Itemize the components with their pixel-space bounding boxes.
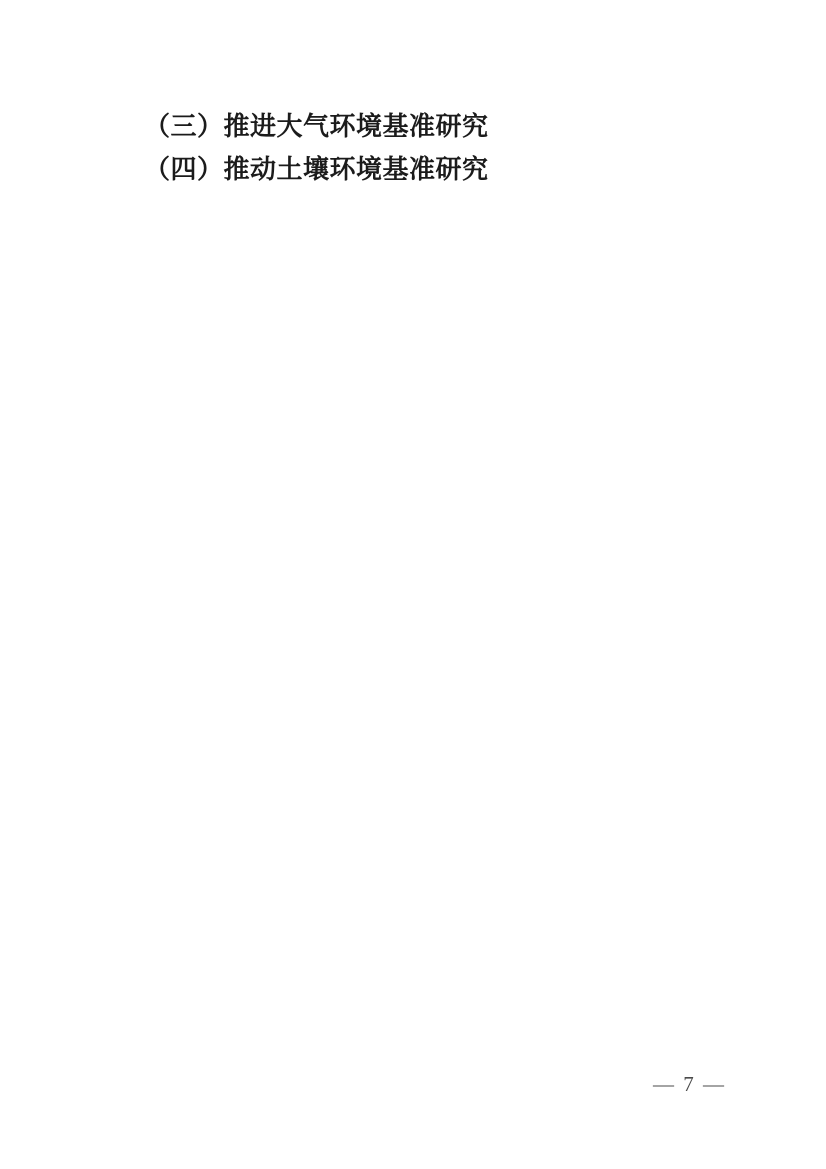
section-heading-3: （三）推进大气环境基准研究 xyxy=(90,105,735,148)
document-body: （三）推进大气环境基准研究（四）推动土壤环境基准研究 xyxy=(90,105,735,191)
section-heading-4: （四）推动土壤环境基准研究 xyxy=(90,148,735,191)
page-footer: — 7 — xyxy=(653,1072,726,1097)
document-page: （三）推进大气环境基准研究（四）推动土壤环境基准研究 — 7 — xyxy=(0,0,826,1169)
page-number: — 7 — xyxy=(653,1072,726,1096)
